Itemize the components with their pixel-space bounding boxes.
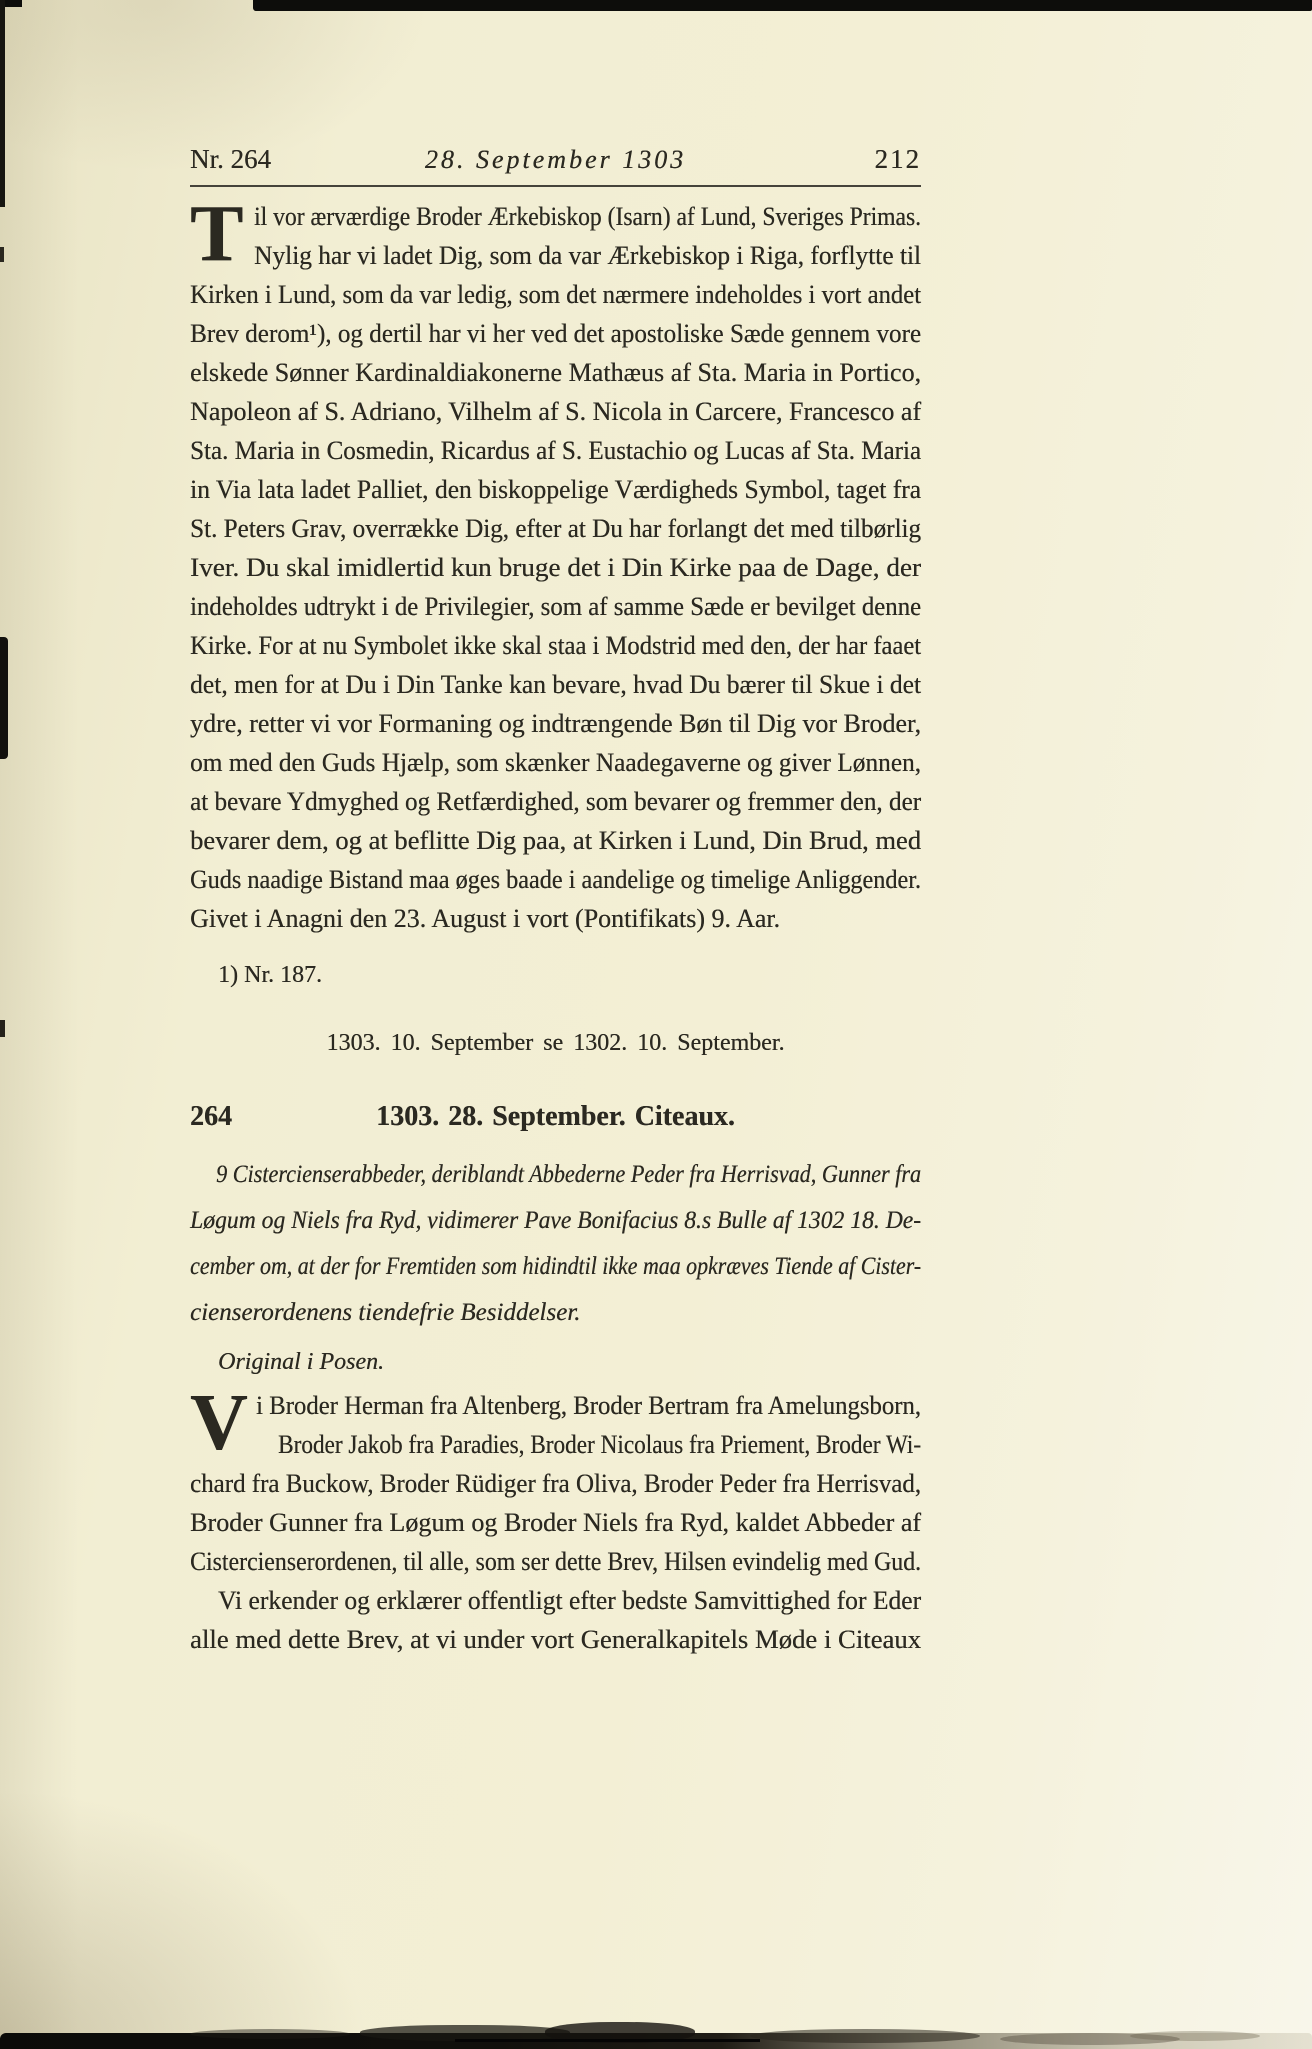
text-line: Broder Gunner fra Løgum og Broder Niels … <box>190 1503 921 1542</box>
scan-artifact-left-mark-2 <box>0 637 8 759</box>
letter-translation-263: T il vor ærværdige Broder Ærkebiskop (Is… <box>190 197 921 938</box>
scan-artifact-left-mark-3 <box>0 1020 5 1037</box>
scanned-book-page: { "colors": { "paper": "#f2eed3", "ink":… <box>0 0 1312 2049</box>
dropcap-V: V <box>190 1383 248 1463</box>
header-rule <box>190 185 921 187</box>
running-head: Nr. 264 28. September 1303 212 <box>190 140 921 179</box>
letter-264-second-paragraph: Vi erkender og erklærer offentligt efter… <box>190 1581 921 1659</box>
text-line: Vi erkender og erklærer offentligt efter… <box>190 1581 921 1620</box>
text-line: Napoleon af S. Adriano, Vilhelm af S. Ni… <box>190 392 921 431</box>
scan-artifact-bottom-line <box>455 2039 760 2042</box>
regest-summary: 9 Cistercienserabbeder, deriblandt Abbed… <box>190 1152 921 1336</box>
text-line: Brev derom¹), og dertil har vi her ved d… <box>190 314 921 353</box>
text-line: elskede Sønner Kardinaldiakonerne Mathæu… <box>190 353 921 392</box>
scan-artifact-bottom-smudge <box>1130 2031 1260 2041</box>
text-line: alle med dette Brev, at vi under vort Ge… <box>190 1620 921 1659</box>
provenance-note: Original i Posen. <box>190 1342 921 1382</box>
entry-title: 1303. 28. September. Citeaux. <box>190 1100 921 1134</box>
entry-heading: 264 1303. 28. September. Citeaux. <box>190 1100 921 1134</box>
scan-artifact-left-mark-1 <box>0 247 4 262</box>
scan-artifact-bottom-smudge <box>750 2029 980 2043</box>
text-line: in Via lata ladet Palliet, den biskoppel… <box>190 470 921 509</box>
text-line: Cistercienserordenen, til alle, som ser … <box>190 1542 921 1581</box>
text-line: Kirken i Lund, som da var ledig, som det… <box>190 275 921 314</box>
cross-reference-line: 1303. 10. September se 1302. 10. Septemb… <box>190 1028 921 1058</box>
entry-number: 264 <box>190 1100 232 1134</box>
text-line: ydre, retter vi vor Formaning og indtræn… <box>190 704 921 743</box>
scan-artifact-bottom-smudge <box>190 2029 350 2039</box>
text-line: 9 Cistercienserabbeder, deriblandt Abbed… <box>190 1152 921 1198</box>
page-content: Nr. 264 28. September 1303 212 T il vor … <box>190 140 921 1659</box>
text-line: Kirke. For at nu Symbolet ikke skal staa… <box>190 626 921 665</box>
page-number: 212 <box>875 140 922 179</box>
text-line: Givet i Anagni den 23. August i vort (Po… <box>190 899 921 938</box>
scan-artifact-left-strip <box>0 0 5 207</box>
text-line: Sta. Maria in Cosmedin, Ricardus af S. E… <box>190 431 921 470</box>
text-line: cienserordenens tiendefrie Besiddelser. <box>190 1290 921 1336</box>
letter-translation-264: V i Broder Herman fra Altenberg, Broder … <box>190 1386 921 1581</box>
text-line: chard fra Buckow, Broder Rüdiger fra Oli… <box>190 1464 921 1503</box>
footnote: 1) Nr. 187. <box>190 960 921 990</box>
text-line: bevarer dem, og at beflitte Dig paa, at … <box>190 821 921 860</box>
text-line: St. Peters Grav, overrække Dig, efter at… <box>190 509 921 548</box>
text-line: Iver. Du skal imidlertid kun bruge det i… <box>190 548 921 587</box>
text-line: om med den Guds Hjælp, som skænker Naade… <box>190 743 921 782</box>
text-line: Nylig har vi ladet Dig, som da var Ærkeb… <box>190 236 921 275</box>
scan-artifact-top-bar <box>253 0 1312 11</box>
running-head-entry-number: Nr. 264 <box>190 140 271 179</box>
text-line: Løgum og Niels fra Ryd, vidimerer Pave B… <box>190 1198 921 1244</box>
running-head-date: 28. September 1303 <box>425 140 686 179</box>
text-line: indeholdes udtrykt i de Privilegier, som… <box>190 587 921 626</box>
dropcap-T: T <box>190 194 243 274</box>
text-line: Broder Jakob fra Paradies, Broder Nicola… <box>190 1425 921 1464</box>
text-line: Guds naadige Bistand maa øges baade i aa… <box>190 860 921 899</box>
text-line: det, men for at Du i Din Tanke kan bevar… <box>190 665 921 704</box>
text-line: il vor ærværdige Broder Ærkebiskop (Isar… <box>190 197 921 236</box>
text-line: at bevare Ydmyghed og Retfærdighed, som … <box>190 782 921 821</box>
text-line: cember om, at der for Fremtiden som hidi… <box>190 1244 921 1290</box>
text-line: i Broder Herman fra Altenberg, Broder Be… <box>190 1386 921 1425</box>
